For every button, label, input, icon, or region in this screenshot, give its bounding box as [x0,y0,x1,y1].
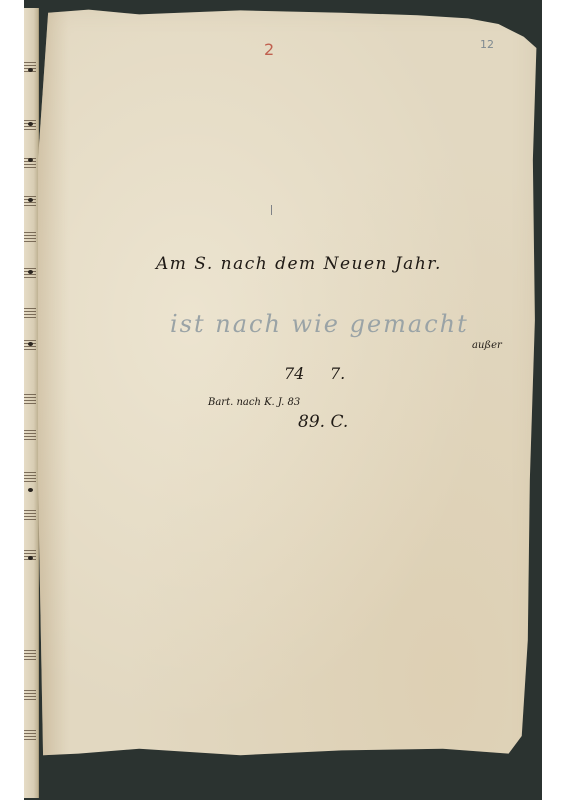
music-note [28,342,33,346]
music-note [28,270,33,274]
music-staff [24,648,36,660]
number-right: 7. [330,364,345,383]
scan-background: 2 12 Am S. nach dem Neuen Jahr. ist nach… [24,0,542,800]
pencil-tick-mark [271,205,272,215]
music-staff [24,428,36,440]
music-note [28,158,33,162]
manuscript-page: 2 12 Am S. nach dem Neuen Jahr. ist nach… [38,0,542,800]
music-note [28,556,33,560]
music-staff [24,392,36,404]
music-note [28,68,33,72]
music-note [28,198,33,202]
pencil-note: ist nach wie gemacht [170,310,469,338]
music-note [28,488,33,492]
music-note [28,122,33,126]
music-staff [24,508,36,520]
catalog-reference: 89. C. [298,412,348,432]
number-left: 74 [284,364,304,383]
adjacent-music-pages-edge [24,8,39,798]
folio-number: 12 [480,38,494,51]
red-pencil-mark: 2 [264,40,274,59]
music-staff [24,306,36,318]
music-staff [24,728,36,740]
ink-addition: außer [472,340,502,351]
small-note: Bart. nach K. J. 83 [208,397,300,408]
music-staff [24,688,36,700]
title-line: Am S. nach dem Neuen Jahr. [156,254,442,274]
music-staff [24,470,36,482]
music-staff [24,230,36,242]
